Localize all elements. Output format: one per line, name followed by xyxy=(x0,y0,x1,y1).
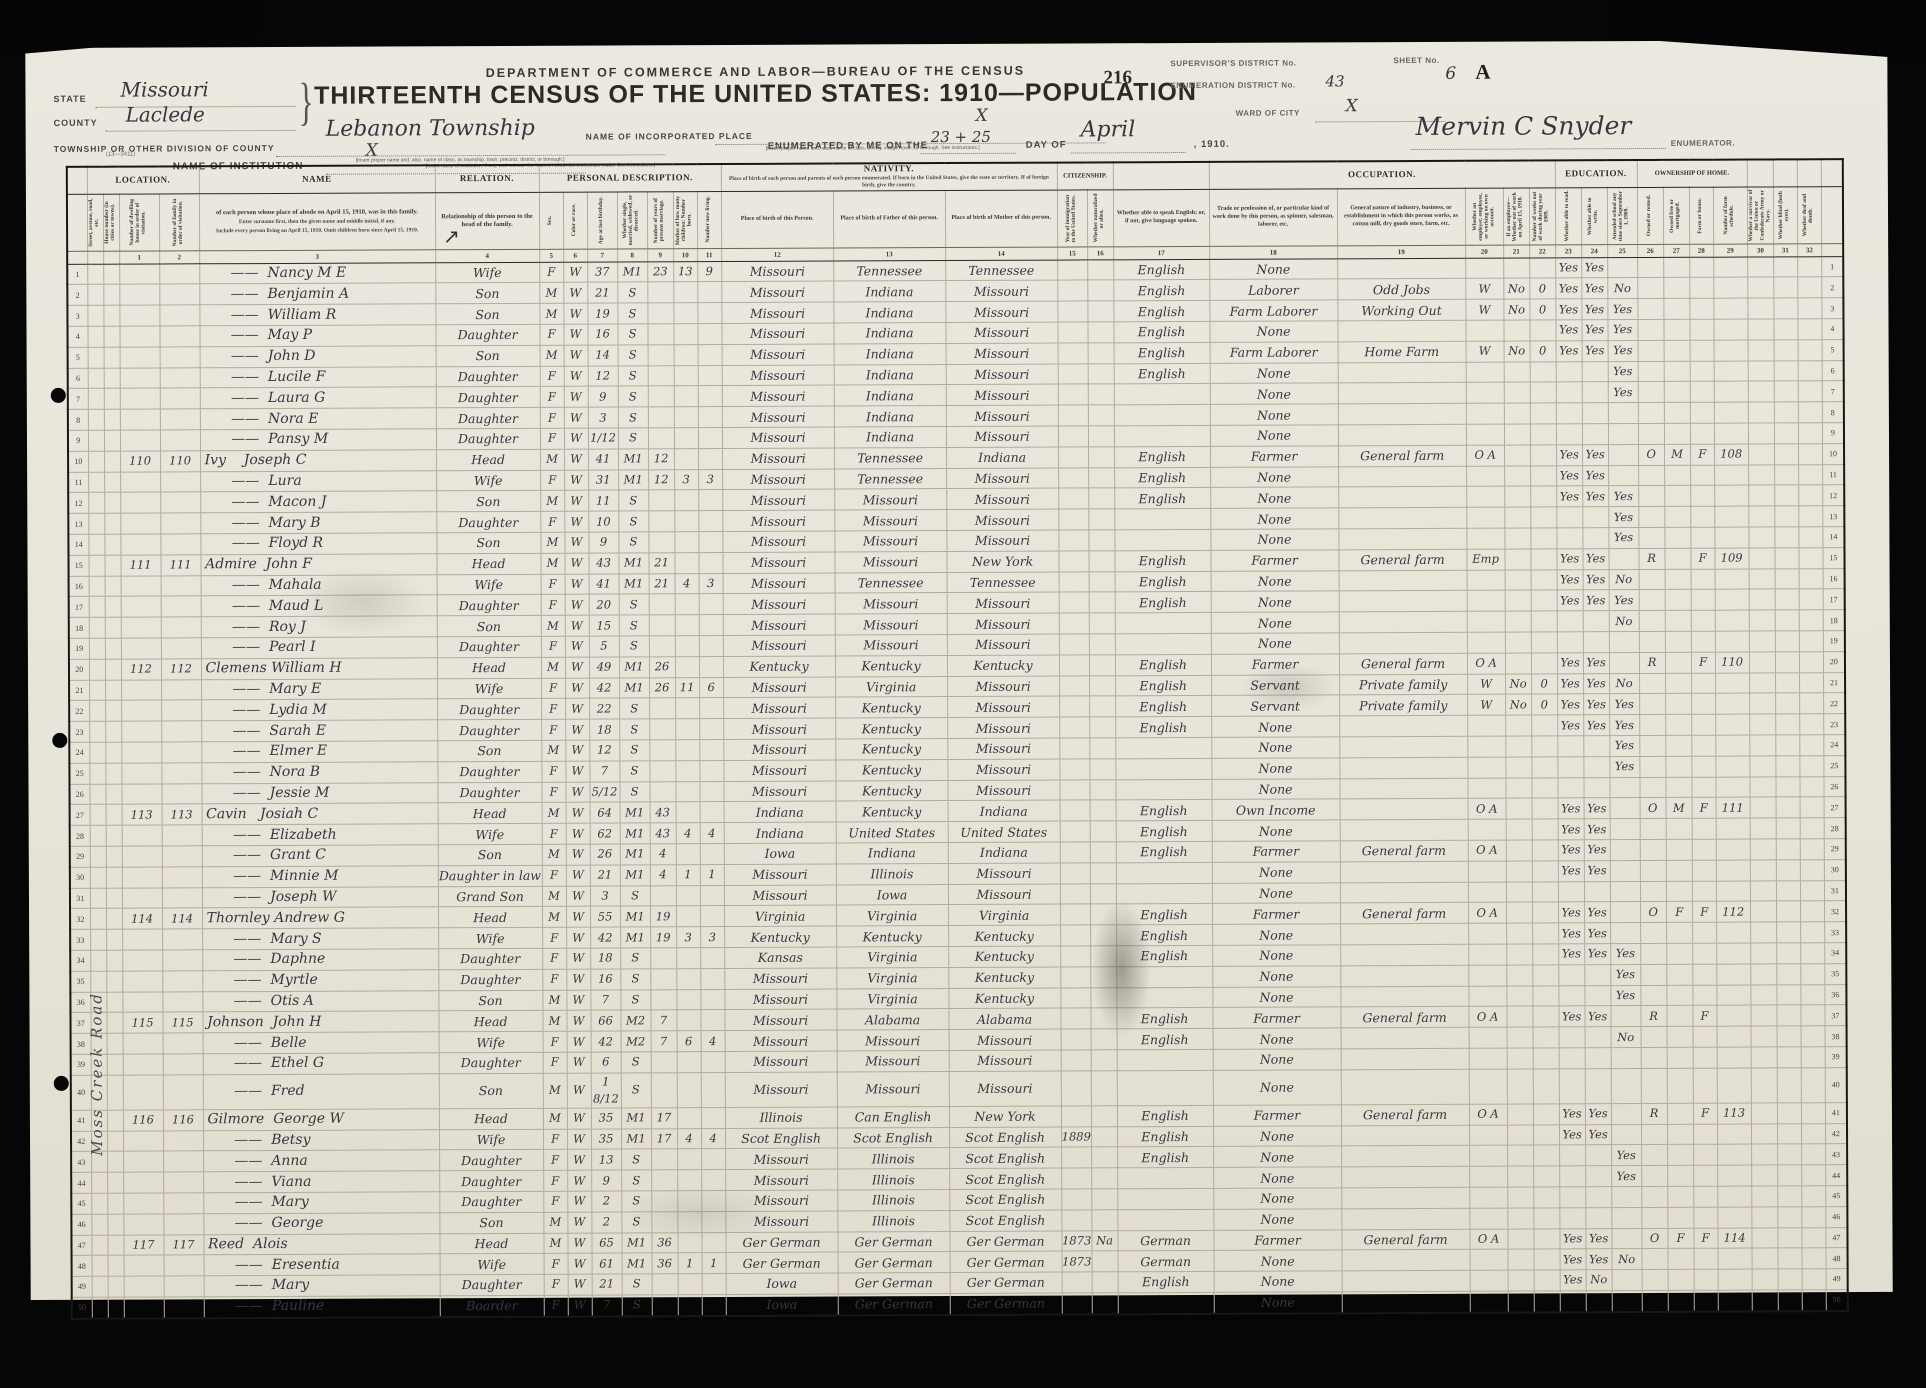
cell-vet xyxy=(1749,652,1775,673)
column-header-age: Age at last birthday. xyxy=(587,192,617,249)
cell-yrs: 7 xyxy=(651,1031,677,1052)
cell-read: Yes xyxy=(1560,1249,1586,1270)
line-number: 5 xyxy=(68,347,88,368)
cell-house xyxy=(107,1214,123,1235)
cell-living xyxy=(699,739,723,760)
cell-bpf: Missouri xyxy=(837,1050,949,1071)
cell-marital: S xyxy=(620,989,650,1010)
cell-family xyxy=(160,388,200,409)
cell-out xyxy=(1504,486,1530,507)
cell-street xyxy=(90,867,106,888)
cell-sex: F xyxy=(543,1052,567,1073)
cell-bpm: New York xyxy=(947,551,1059,572)
cell-mort: M xyxy=(1666,798,1692,819)
line-number: 4 xyxy=(67,326,87,347)
cell-farm xyxy=(1692,881,1716,902)
cell-sex: M xyxy=(541,657,565,678)
cell-bp: Missouri xyxy=(721,281,833,302)
cell-weeks xyxy=(1533,1069,1559,1104)
cell-out xyxy=(1506,986,1532,1007)
cell-occ: None xyxy=(1211,633,1339,654)
cell-bpm: Ger German xyxy=(950,1251,1062,1272)
cell-write: Yes xyxy=(1585,1124,1611,1145)
cell-bp: Virginia xyxy=(724,905,836,926)
column-header-read: Whether able to read. xyxy=(1555,187,1581,244)
cell-occ: None xyxy=(1210,362,1338,383)
cell-vet xyxy=(1751,1207,1777,1228)
cell-school xyxy=(1608,424,1638,445)
cell-farm xyxy=(1694,1269,1718,1290)
cell-sex: F xyxy=(541,595,565,616)
cell-born xyxy=(675,698,699,719)
line-number: 19 xyxy=(1823,631,1845,652)
cell-occ: None xyxy=(1213,1167,1341,1188)
cell-vet xyxy=(1752,1290,1778,1311)
cell-ind xyxy=(1341,1208,1469,1229)
column-number: 31 xyxy=(1773,243,1797,256)
cell-deaf xyxy=(1801,1165,1825,1186)
cell-weeks xyxy=(1533,1145,1559,1166)
cell-read xyxy=(1558,881,1584,902)
cell-cls xyxy=(1468,819,1506,840)
cell-street xyxy=(87,285,103,306)
cell-dwelling xyxy=(123,1214,163,1235)
cell-color: W xyxy=(563,283,587,304)
cell-blind xyxy=(1777,1207,1801,1228)
line-number: 13 xyxy=(68,514,88,535)
cell-relation: Daughter xyxy=(437,636,541,657)
enumerator-signature: Mervin C Snyder xyxy=(1416,111,1632,141)
cell-family xyxy=(162,825,202,846)
cell-nat xyxy=(1091,1050,1117,1071)
cell-street xyxy=(90,909,106,930)
cell-name: —— Minnie M xyxy=(202,866,438,888)
cell-imm xyxy=(1058,322,1088,343)
cell-occ: Farmer xyxy=(1211,654,1339,675)
cell-own xyxy=(1638,486,1664,507)
cell-family xyxy=(161,763,201,784)
column-group-occ: OCCUPATION. xyxy=(1209,160,1555,189)
column-group-home: OWNERSHIP OF HOME. xyxy=(1637,160,1747,188)
cell-read: Yes xyxy=(1560,1270,1586,1291)
cell-farm xyxy=(1691,590,1715,611)
cell-mort xyxy=(1664,382,1690,403)
cell-weeks: 0 xyxy=(1529,278,1555,299)
cell-street xyxy=(90,929,106,950)
cell-sex: F xyxy=(543,1031,567,1052)
cell-bpm: Missouri xyxy=(946,405,1058,426)
enumeration-month: April xyxy=(1081,117,1136,142)
cell-relation: Daughter xyxy=(439,1150,543,1171)
cell-cls xyxy=(1468,923,1506,944)
cell-yrs xyxy=(651,1191,677,1212)
cell-mort xyxy=(1667,1145,1693,1166)
cell-bp: Ger German xyxy=(726,1252,838,1273)
cell-blind xyxy=(1775,652,1799,673)
cell-lang: English xyxy=(1114,321,1210,342)
line-number: 48 xyxy=(72,1256,92,1277)
day-of-label: DAY OF xyxy=(1026,140,1067,151)
cell-age: 22 xyxy=(589,698,619,719)
cell-lang: German xyxy=(1118,1230,1214,1251)
census-scan-page: { "form": { "form_number": "(13—3411)", … xyxy=(0,0,1926,1388)
cell-street xyxy=(89,721,105,742)
form-title: THIRTEENTH CENSUS OF THE UNITED STATES: … xyxy=(305,78,1205,111)
cell-imm xyxy=(1057,260,1087,281)
cell-ind xyxy=(1340,986,1468,1007)
cell-marital: M1 xyxy=(619,657,649,678)
cell-farm xyxy=(1691,694,1715,715)
cell-weeks xyxy=(1530,528,1556,549)
cell-mort xyxy=(1667,1207,1693,1228)
cell-deaf xyxy=(1802,1227,1826,1248)
cell-blind xyxy=(1776,818,1800,839)
cell-born xyxy=(674,344,698,365)
cell-nat xyxy=(1088,322,1114,343)
cell-deaf xyxy=(1800,818,1824,839)
cell-marital: S xyxy=(621,1212,651,1233)
cell-bp: Scot English xyxy=(725,1128,837,1149)
cell-house xyxy=(107,1033,123,1054)
cell-out xyxy=(1507,1027,1533,1048)
cell-out xyxy=(1505,570,1531,591)
cell-family xyxy=(160,471,200,492)
cell-school: Yes xyxy=(1608,486,1638,507)
cell-nat xyxy=(1088,405,1114,426)
cell-ind xyxy=(1338,320,1466,341)
column-group-cit: CITIZENSHIP. xyxy=(1057,162,1113,189)
line-number: 47 xyxy=(1826,1227,1848,1248)
cell-read: Yes xyxy=(1558,902,1584,923)
cell-read xyxy=(1557,736,1583,757)
cell-nat xyxy=(1091,1008,1117,1029)
line-number: 39 xyxy=(1825,1047,1847,1068)
cell-blind xyxy=(1776,901,1800,922)
cell-sex: F xyxy=(541,719,565,740)
cell-marital: S xyxy=(621,1052,651,1073)
cell-imm xyxy=(1060,821,1090,842)
cell-name: —— Viana xyxy=(203,1171,439,1193)
cell-street xyxy=(88,472,104,493)
cell-blind xyxy=(1773,277,1797,298)
cell-marital: S xyxy=(618,324,648,345)
cell-born xyxy=(676,948,700,969)
cell-age: 2 xyxy=(591,1191,621,1212)
cell-sex: F xyxy=(542,948,566,969)
cell-occ: None xyxy=(1213,1028,1341,1049)
cell-nat xyxy=(1090,904,1116,925)
cell-bpf: Kentucky xyxy=(836,801,948,822)
cell-yrs xyxy=(651,1149,677,1170)
cell-born xyxy=(678,1274,702,1295)
cell-farm xyxy=(1690,319,1714,340)
line-number: 10 xyxy=(68,451,88,472)
cell-yrs xyxy=(649,594,675,615)
cell-marital: M1 xyxy=(621,1128,651,1149)
cell-sex: M xyxy=(541,615,565,636)
cell-dwelling xyxy=(123,1130,163,1151)
cell-mort xyxy=(1666,985,1692,1006)
cell-family xyxy=(163,1214,203,1235)
cell-occ: None xyxy=(1210,508,1338,529)
cell-house xyxy=(106,1012,122,1033)
cell-lang xyxy=(1115,737,1211,758)
cell-family xyxy=(162,950,202,971)
cell-marital: M1 xyxy=(618,449,648,470)
cell-ind: Working Out xyxy=(1337,300,1465,321)
line-number: 21 xyxy=(69,680,89,701)
cell-read: Yes xyxy=(1556,465,1582,486)
cell-write: No xyxy=(1586,1270,1612,1291)
cell-age: 37 xyxy=(587,262,617,283)
cell-own xyxy=(1642,1249,1668,1270)
cell-fno xyxy=(1713,277,1747,298)
cell-age: 16 xyxy=(588,324,618,345)
cell-bp: Missouri xyxy=(724,864,836,885)
cell-imm xyxy=(1060,925,1090,946)
cell-bpm: Missouri xyxy=(945,301,1057,322)
cell-school xyxy=(1609,652,1639,673)
cell-vet xyxy=(1751,1103,1777,1124)
cell-age: 61 xyxy=(592,1253,622,1274)
cell-nat xyxy=(1090,821,1116,842)
cell-deaf xyxy=(1798,319,1822,340)
cell-write xyxy=(1584,964,1610,985)
cell-deaf xyxy=(1801,1005,1825,1026)
cell-blind xyxy=(1774,319,1798,340)
cell-sex: M xyxy=(543,1212,567,1233)
cell-school xyxy=(1610,777,1640,798)
line-number: 15 xyxy=(1823,547,1845,568)
cell-color: W xyxy=(566,927,590,948)
cell-born xyxy=(677,1149,701,1170)
cell-dwelling xyxy=(123,1054,163,1075)
cell-fno xyxy=(1713,298,1747,319)
cell-deaf xyxy=(1800,839,1824,860)
cell-street xyxy=(87,326,103,347)
cell-mort xyxy=(1665,631,1691,652)
cell-bpf: Virginia xyxy=(836,946,948,967)
cell-fno xyxy=(1714,465,1748,486)
cell-write xyxy=(1585,1068,1611,1103)
cell-marital: S xyxy=(620,969,650,990)
line-number: 49 xyxy=(72,1276,92,1297)
cell-farm xyxy=(1694,1290,1718,1311)
cell-vet xyxy=(1749,631,1775,652)
cell-yrs xyxy=(648,428,674,449)
cell-blind xyxy=(1774,402,1798,423)
cell-name: —— Mary S xyxy=(202,928,438,950)
cell-name: —— John D xyxy=(200,346,436,368)
cell-cls xyxy=(1470,1270,1508,1291)
cell-mort: F xyxy=(1668,1228,1694,1249)
cell-imm xyxy=(1060,842,1090,863)
line-number: 47 xyxy=(71,1235,91,1256)
cell-blind xyxy=(1775,527,1799,548)
cell-vet xyxy=(1751,1026,1777,1047)
cell-sex: F xyxy=(540,366,564,387)
cell-out xyxy=(1504,445,1530,466)
cell-bp: Missouri xyxy=(725,1211,837,1232)
cell-own xyxy=(1640,819,1666,840)
line-number: 14 xyxy=(1823,527,1845,548)
cell-cls xyxy=(1466,466,1504,487)
cell-house xyxy=(104,368,120,389)
cell-school: Yes xyxy=(1608,382,1638,403)
cell-bpf: Virginia xyxy=(836,988,948,1009)
line-number: 2 xyxy=(67,285,87,306)
cell-bpf: Kentucky xyxy=(835,697,947,718)
cell-blind xyxy=(1774,423,1798,444)
cell-mort xyxy=(1664,507,1690,528)
cell-bp: Missouri xyxy=(722,510,834,531)
cell-deaf xyxy=(1798,485,1822,506)
cell-street xyxy=(87,305,103,326)
cell-cls xyxy=(1468,965,1506,986)
cell-bpm: Missouri xyxy=(946,426,1058,447)
cell-farm xyxy=(1691,735,1715,756)
month-line xyxy=(1071,151,1186,154)
cell-marital: S xyxy=(619,761,649,782)
cell-relation: Son xyxy=(437,616,541,637)
column-header-write: Whether able to write. xyxy=(1581,187,1607,244)
cell-write xyxy=(1584,777,1610,798)
cell-street xyxy=(88,493,104,514)
cell-bp: Missouri xyxy=(722,448,834,469)
cell-vet xyxy=(1750,922,1776,943)
cell-name: Reed Alois xyxy=(203,1233,439,1255)
cell-fno xyxy=(1716,818,1750,839)
incorporated-place-label: NAME OF INCORPORATED PLACE xyxy=(586,131,753,142)
cell-family xyxy=(163,1054,203,1075)
cell-nat xyxy=(1090,800,1116,821)
cell-family xyxy=(160,492,200,513)
cell-street xyxy=(89,784,105,805)
cell-dwelling: 115 xyxy=(122,1012,162,1033)
cell-farm xyxy=(1693,1207,1717,1228)
cell-ind xyxy=(1339,715,1467,736)
cell-read xyxy=(1559,1166,1585,1187)
cell-read: Yes xyxy=(1558,798,1584,819)
cell-read: Yes xyxy=(1556,320,1582,341)
cell-bp: Missouri xyxy=(722,365,834,386)
cell-living xyxy=(701,1232,725,1253)
cell-bpm: United States xyxy=(948,821,1060,842)
cell-cls xyxy=(1469,1048,1507,1069)
cell-ind xyxy=(1338,507,1466,528)
cell-weeks xyxy=(1532,840,1558,861)
cell-house xyxy=(106,929,122,950)
cell-vet xyxy=(1748,319,1774,340)
cell-school: No xyxy=(1612,1249,1642,1270)
cell-occ: None xyxy=(1213,1146,1341,1167)
cell-occ: None xyxy=(1212,882,1340,903)
cell-house xyxy=(105,763,121,784)
cell-color: W xyxy=(564,366,588,387)
cell-deaf xyxy=(1797,277,1821,298)
cell-farm xyxy=(1693,1124,1717,1145)
cell-read xyxy=(1559,1068,1585,1103)
cell-farm xyxy=(1691,673,1715,694)
cell-nat xyxy=(1092,1293,1118,1314)
cell-born xyxy=(674,386,698,407)
cell-vet xyxy=(1750,964,1776,985)
cell-mort xyxy=(1666,943,1692,964)
cell-relation: Wife xyxy=(437,574,541,595)
cell-farm: F xyxy=(1693,1006,1717,1027)
cell-family: 112 xyxy=(161,659,201,680)
cell-relation: Wife xyxy=(440,1254,544,1275)
cell-deaf xyxy=(1799,631,1823,652)
cell-house xyxy=(105,742,121,763)
cell-read: Yes xyxy=(1557,673,1583,694)
cell-bpm: Missouri xyxy=(947,592,1059,613)
cell-bpf: Ger German xyxy=(838,1231,950,1252)
column-number: 6 xyxy=(563,249,587,262)
cell-write: Yes xyxy=(1584,944,1610,965)
cell-bpf: Illinois xyxy=(837,1169,949,1190)
cell-school xyxy=(1609,548,1639,569)
cell-occ: None xyxy=(1212,986,1340,1007)
cell-family: 113 xyxy=(162,804,202,825)
cell-sex: F xyxy=(542,823,566,844)
cell-blind xyxy=(1778,1269,1802,1290)
cell-deaf xyxy=(1800,963,1824,984)
cell-cls xyxy=(1467,757,1505,778)
cell-nat xyxy=(1088,363,1114,384)
column-header-living: Number now living. xyxy=(697,191,721,248)
cell-mort xyxy=(1668,1290,1694,1311)
cell-cls xyxy=(1465,258,1503,279)
cell-ind xyxy=(1338,487,1466,508)
cell-write: Yes xyxy=(1583,673,1609,694)
cell-occ: None xyxy=(1213,1070,1341,1106)
cell-marital: M1 xyxy=(620,906,650,927)
cell-bp: Missouri xyxy=(725,1072,837,1107)
cell-relation: Son xyxy=(439,1212,543,1233)
column-group-name: NAME xyxy=(199,165,435,193)
cell-nat xyxy=(1088,447,1114,468)
cell-name: Cavin Josiah C xyxy=(202,803,438,825)
cell-family xyxy=(162,991,202,1012)
cell-mort xyxy=(1666,922,1692,943)
cell-name: —— Sarah E xyxy=(201,720,437,742)
column-number: 26 xyxy=(1637,244,1663,257)
column-header-vet: Whether a survivor of the Union or Confe… xyxy=(1747,187,1773,244)
cell-living xyxy=(699,615,723,636)
cell-school: No xyxy=(1611,1027,1641,1048)
cell-name: —— Mary xyxy=(204,1275,440,1297)
cell-name: —— Jessie M xyxy=(202,782,438,804)
cell-age: 65 xyxy=(591,1232,621,1253)
cell-school xyxy=(1611,1047,1641,1068)
cell-bp: Missouri xyxy=(723,552,835,573)
cell-bp: Ger German xyxy=(726,1232,838,1253)
cell-blind xyxy=(1777,1047,1801,1068)
cell-bpf: Illinois xyxy=(837,1210,949,1231)
cell-mort xyxy=(1667,1026,1693,1047)
cell-deaf xyxy=(1799,589,1823,610)
cell-house xyxy=(106,950,122,971)
cell-bpm: Missouri xyxy=(946,509,1058,530)
cell-vet xyxy=(1749,714,1775,735)
cell-ind xyxy=(1340,923,1468,944)
cell-living xyxy=(700,906,724,927)
column-number: 16 xyxy=(1087,246,1113,259)
cell-living xyxy=(699,719,723,740)
line-number: 20 xyxy=(69,659,89,680)
column-number: 24 xyxy=(1581,244,1607,257)
